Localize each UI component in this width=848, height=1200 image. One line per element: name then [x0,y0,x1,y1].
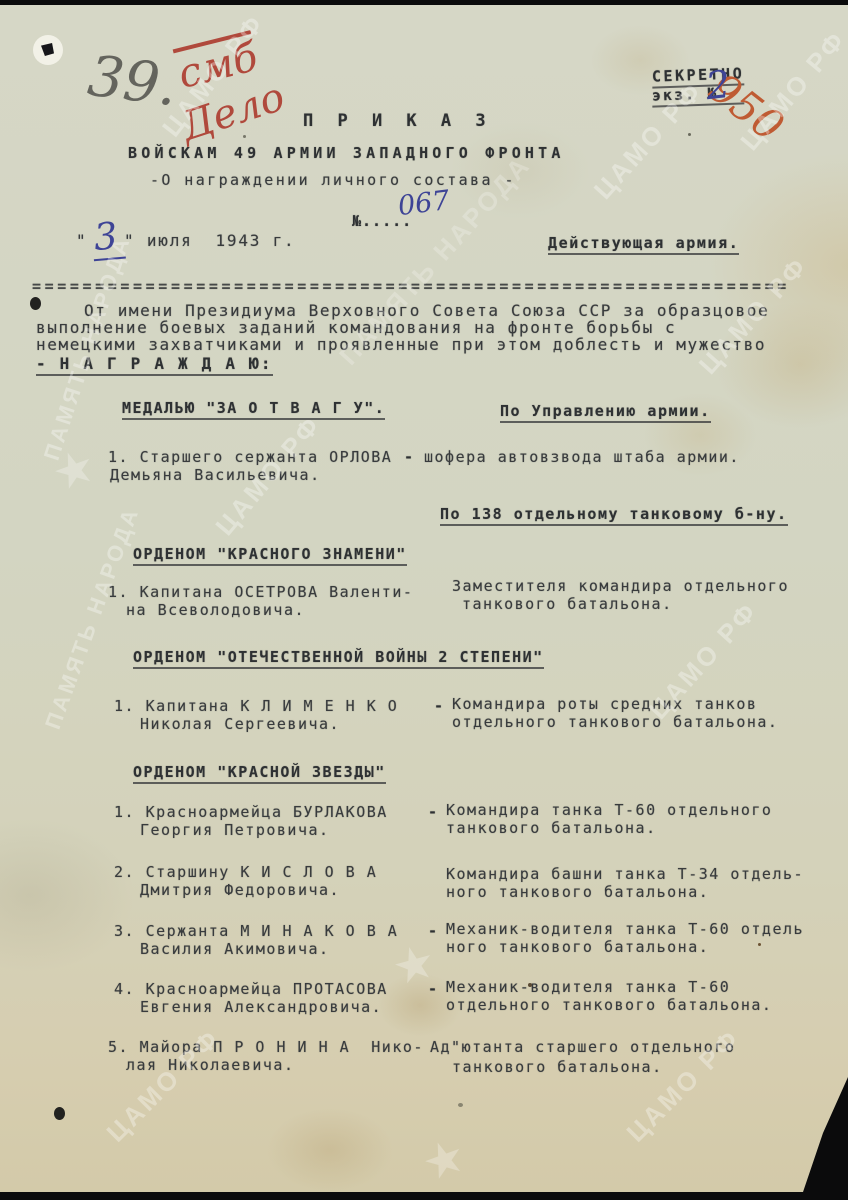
awardee-position: Командира башни танка Т-34 отдель- [446,865,804,883]
awardee-rank-name: 1. Старшего сержанта ОРЛОВА [108,448,392,466]
awardee-rank-name: 1. Красноармейца БУРЛАКОВА [114,803,388,821]
punch-hole-tear [41,43,54,56]
star-watermark-icon: ★ [418,1130,470,1189]
awardee-position-line2: ного танкового батальона. [446,883,709,901]
awardee-rank-name: 1. Капитана ОСЕТРОВА Валенти- [108,583,413,601]
awardee-patronymic: Георгия Петровича. [140,821,330,839]
section-heading-red-star: ОРДЕНОМ "КРАСНОЙ ЗВЕЗДЫ" [133,763,386,784]
unit-heading-army-hq: По Управлению армии. [500,402,711,423]
date-text: " июля 1943 г. [124,231,296,250]
awardee-position: Командира роты средних танков [452,695,757,713]
item-dash: - [404,448,415,466]
section-heading-medal-courage: МЕДАЛЬЮ "ЗА О Т В А Г У". [122,399,385,420]
separator-rule: ========================================… [32,277,790,295]
awardee-position: шофера автовзвода штаба армии. [424,448,740,466]
awardee-position-line2: танкового батальона. [446,819,657,837]
awardee-patronymic: Николая Сергеевича. [140,715,340,733]
awardee-position: Механик-водителя танка Т-60 [446,978,730,996]
awardee-patronymic: Василия Акимовича. [140,940,330,958]
awardee-rank-name: 5. Майора П Р О Н И Н А Нико- [108,1038,424,1056]
awardee-position-line2: танкового батальона. [462,595,673,613]
punch-hole [33,35,63,65]
awardee-patronymic: Дмитрия Федоровича. [140,881,340,899]
scanned-document: { "document": { "title": "П Р И К А З", … [0,0,848,1200]
unit-heading-138-tank-battalion: По 138 отдельному танковому б-ну. [440,505,788,526]
awardee-position-line2: отдельного танкового батальона. [446,996,772,1014]
paper-speck [758,943,761,946]
awardee-position-line2: ного танкового батальона. [446,938,709,956]
paper-speck [688,133,691,136]
copy-number-handwritten: 2 [704,62,733,108]
awardee-position: Механик-водителя танка Т-60 отдель [446,920,804,938]
order-number-handwritten: 067 [396,185,451,222]
star-watermark-icon: ★ [48,440,100,499]
awardee-patronymic: Евгения Александровича. [140,998,382,1016]
paper-speck [243,135,246,138]
awardee-rank-name: 1. Капитана К Л И М Е Н К О [114,697,398,715]
order-title: П Р И К А З [303,111,493,131]
item-dash: - [428,980,439,998]
award-declaration: - Н А Г Р А Ж Д А Ю: [36,354,273,376]
order-subject: -О награждении личного состава - [150,171,516,189]
awardee-patronymic: на Всеволодовича. [126,601,305,619]
item-dash: - [434,697,445,715]
awardee-position: Командира танка Т-60 отдельного [446,801,772,819]
awardee-rank-name: 3. Сержанта М И Н А К О В А [114,922,398,940]
item-dash: - [428,922,439,940]
item-dash: - [428,803,439,821]
paper-speck [528,983,532,987]
awardee-position: Ад"ютанта старшего отдельного [430,1038,735,1056]
active-army-label: Действующая армия. [548,234,739,255]
paper-speck [458,1103,463,1107]
ink-blot [30,297,41,310]
ink-blot [54,1107,65,1120]
awardee-position-line2: танкового батальона. [452,1058,663,1076]
document-page: ЦАМО РФ ЦАМО РФ ЦАМО РФ ПАМЯТЬ НАРОДА ПА… [0,5,848,1192]
section-heading-patriotic-war: ОРДЕНОМ "ОТЕЧЕСТВЕННОЙ ВОЙНЫ 2 СТЕПЕНИ" [133,648,544,669]
date-open-quote: " [76,231,87,250]
awardee-position-line2: отдельного танкового батальона. [452,713,778,731]
awardee-patronymic: Демьяна Васильевича. [110,466,321,484]
awardee-rank-name: 4. Красноармейца ПРОТАСОВА [114,980,388,998]
day-handwritten: 3 [90,214,125,262]
section-heading-red-banner: ОРДЕНОМ "КРАСНОГО ЗНАМЕНИ" [133,545,407,566]
awardee-rank-name: 2. Старшину К И С Л О В А [114,863,377,881]
awardee-patronymic: лая Николаевича. [126,1056,295,1074]
pencil-number-annotation: 39. [84,44,180,119]
preamble-line: немецкими захватчиками и проявленные при… [36,335,766,354]
awardee-position: Заместителя командира отдельного [452,577,789,595]
